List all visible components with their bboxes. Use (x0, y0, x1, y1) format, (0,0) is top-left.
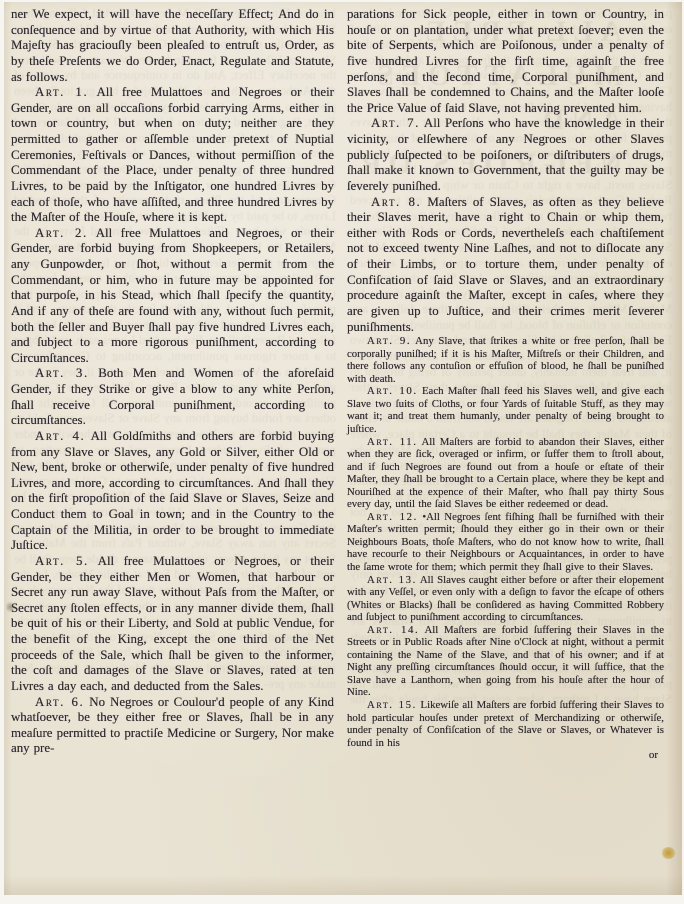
article-label: Art. 6. (35, 695, 84, 709)
paper-smudge (6, 600, 15, 614)
article-label: Art. 7. (371, 116, 420, 130)
article-text: parations for Sick people, either in tow… (347, 7, 664, 115)
article-text: All Goldſmiths and others are forbid buy… (11, 429, 334, 552)
article-label: Art. 8. (371, 195, 421, 209)
article-paragraph: ner We expect, it will have the neceſſar… (11, 7, 334, 85)
article-paragraph: Art. 9. Any Slave, that ſtrikes a white … (347, 335, 664, 385)
article-label: Art. 4. (35, 429, 85, 443)
article-paragraph: Art. 2. All free Mulattoes and Negroes, … (11, 226, 334, 367)
article-paragraph: Art. 7. All Perſons who have the knowled… (347, 116, 664, 194)
article-paragraph: Art. 6. No Negroes or Coulour'd people o… (11, 695, 334, 758)
article-label: Art. 15. (367, 699, 417, 711)
article-label: Art. 3. (35, 366, 89, 380)
paper-stain (661, 847, 676, 859)
article-label: Art. 12. (367, 511, 418, 523)
article-text: Maſters of Slaves, as often as they beli… (347, 195, 664, 334)
article-paragraph: Art. 3. Both Men and Women of the aforeſ… (11, 366, 334, 429)
article-label: Art. 14. (367, 624, 419, 636)
article-paragraph: Art. 11. All Maſters are forbid to aband… (347, 436, 664, 511)
article-paragraph: Art. 1. All free Mulattoes and Negroes o… (11, 85, 334, 226)
article-paragraph: parations for Sick people, either in tow… (347, 7, 664, 116)
page-text: ner We expect, it will have the neceſſar… (4, 2, 682, 895)
article-label: Art. 1. (35, 85, 88, 99)
article-paragraph: Art. 8. Maſters of Slaves, as often as t… (347, 195, 664, 336)
article-paragraph: Art. 14. All Maſters are forbid ſufferin… (347, 624, 664, 699)
article-label: Art. 10. (367, 385, 418, 397)
article-paragraph: Art. 4. All Goldſmiths and others are fo… (11, 429, 334, 554)
article-paragraph: Art. 10. Each Maſter ſhall feed his Slav… (347, 385, 664, 435)
article-label: Art. 5. (35, 554, 89, 568)
article-label: Art. 2. (35, 226, 88, 240)
left-column: ner We expect, it will have the neceſſar… (11, 7, 334, 895)
scanned-page: ALL FREE MULATTOES AND NEGROES OR parati… (4, 2, 682, 895)
article-paragraph: Art. 12. •All Negroes ſent fiſhing ſhall… (347, 511, 664, 574)
article-paragraph: Art. 5. All free Mulattoes or Negroes, o… (11, 554, 334, 695)
article-text: All free Mulattoes and Negroes, or their… (11, 226, 334, 365)
article-label: Art. 11. (367, 436, 418, 448)
article-text: ner We expect, it will have the neceſſar… (11, 7, 334, 84)
article-label: Art. 13. (367, 574, 417, 586)
catchword: or (347, 749, 664, 762)
article-label: Art. 9. (367, 335, 411, 347)
article-paragraph: Art. 13. All Slaves caught either before… (347, 574, 664, 624)
article-paragraph: Art. 15. Likewiſe all Maſters are forbid… (347, 699, 664, 749)
right-column: parations for Sick people, either in tow… (347, 7, 664, 895)
article-text: All free Mulattoes and Negroes or their … (11, 85, 334, 224)
article-text: All free Mulattoes or Negroes, or their … (11, 554, 334, 693)
